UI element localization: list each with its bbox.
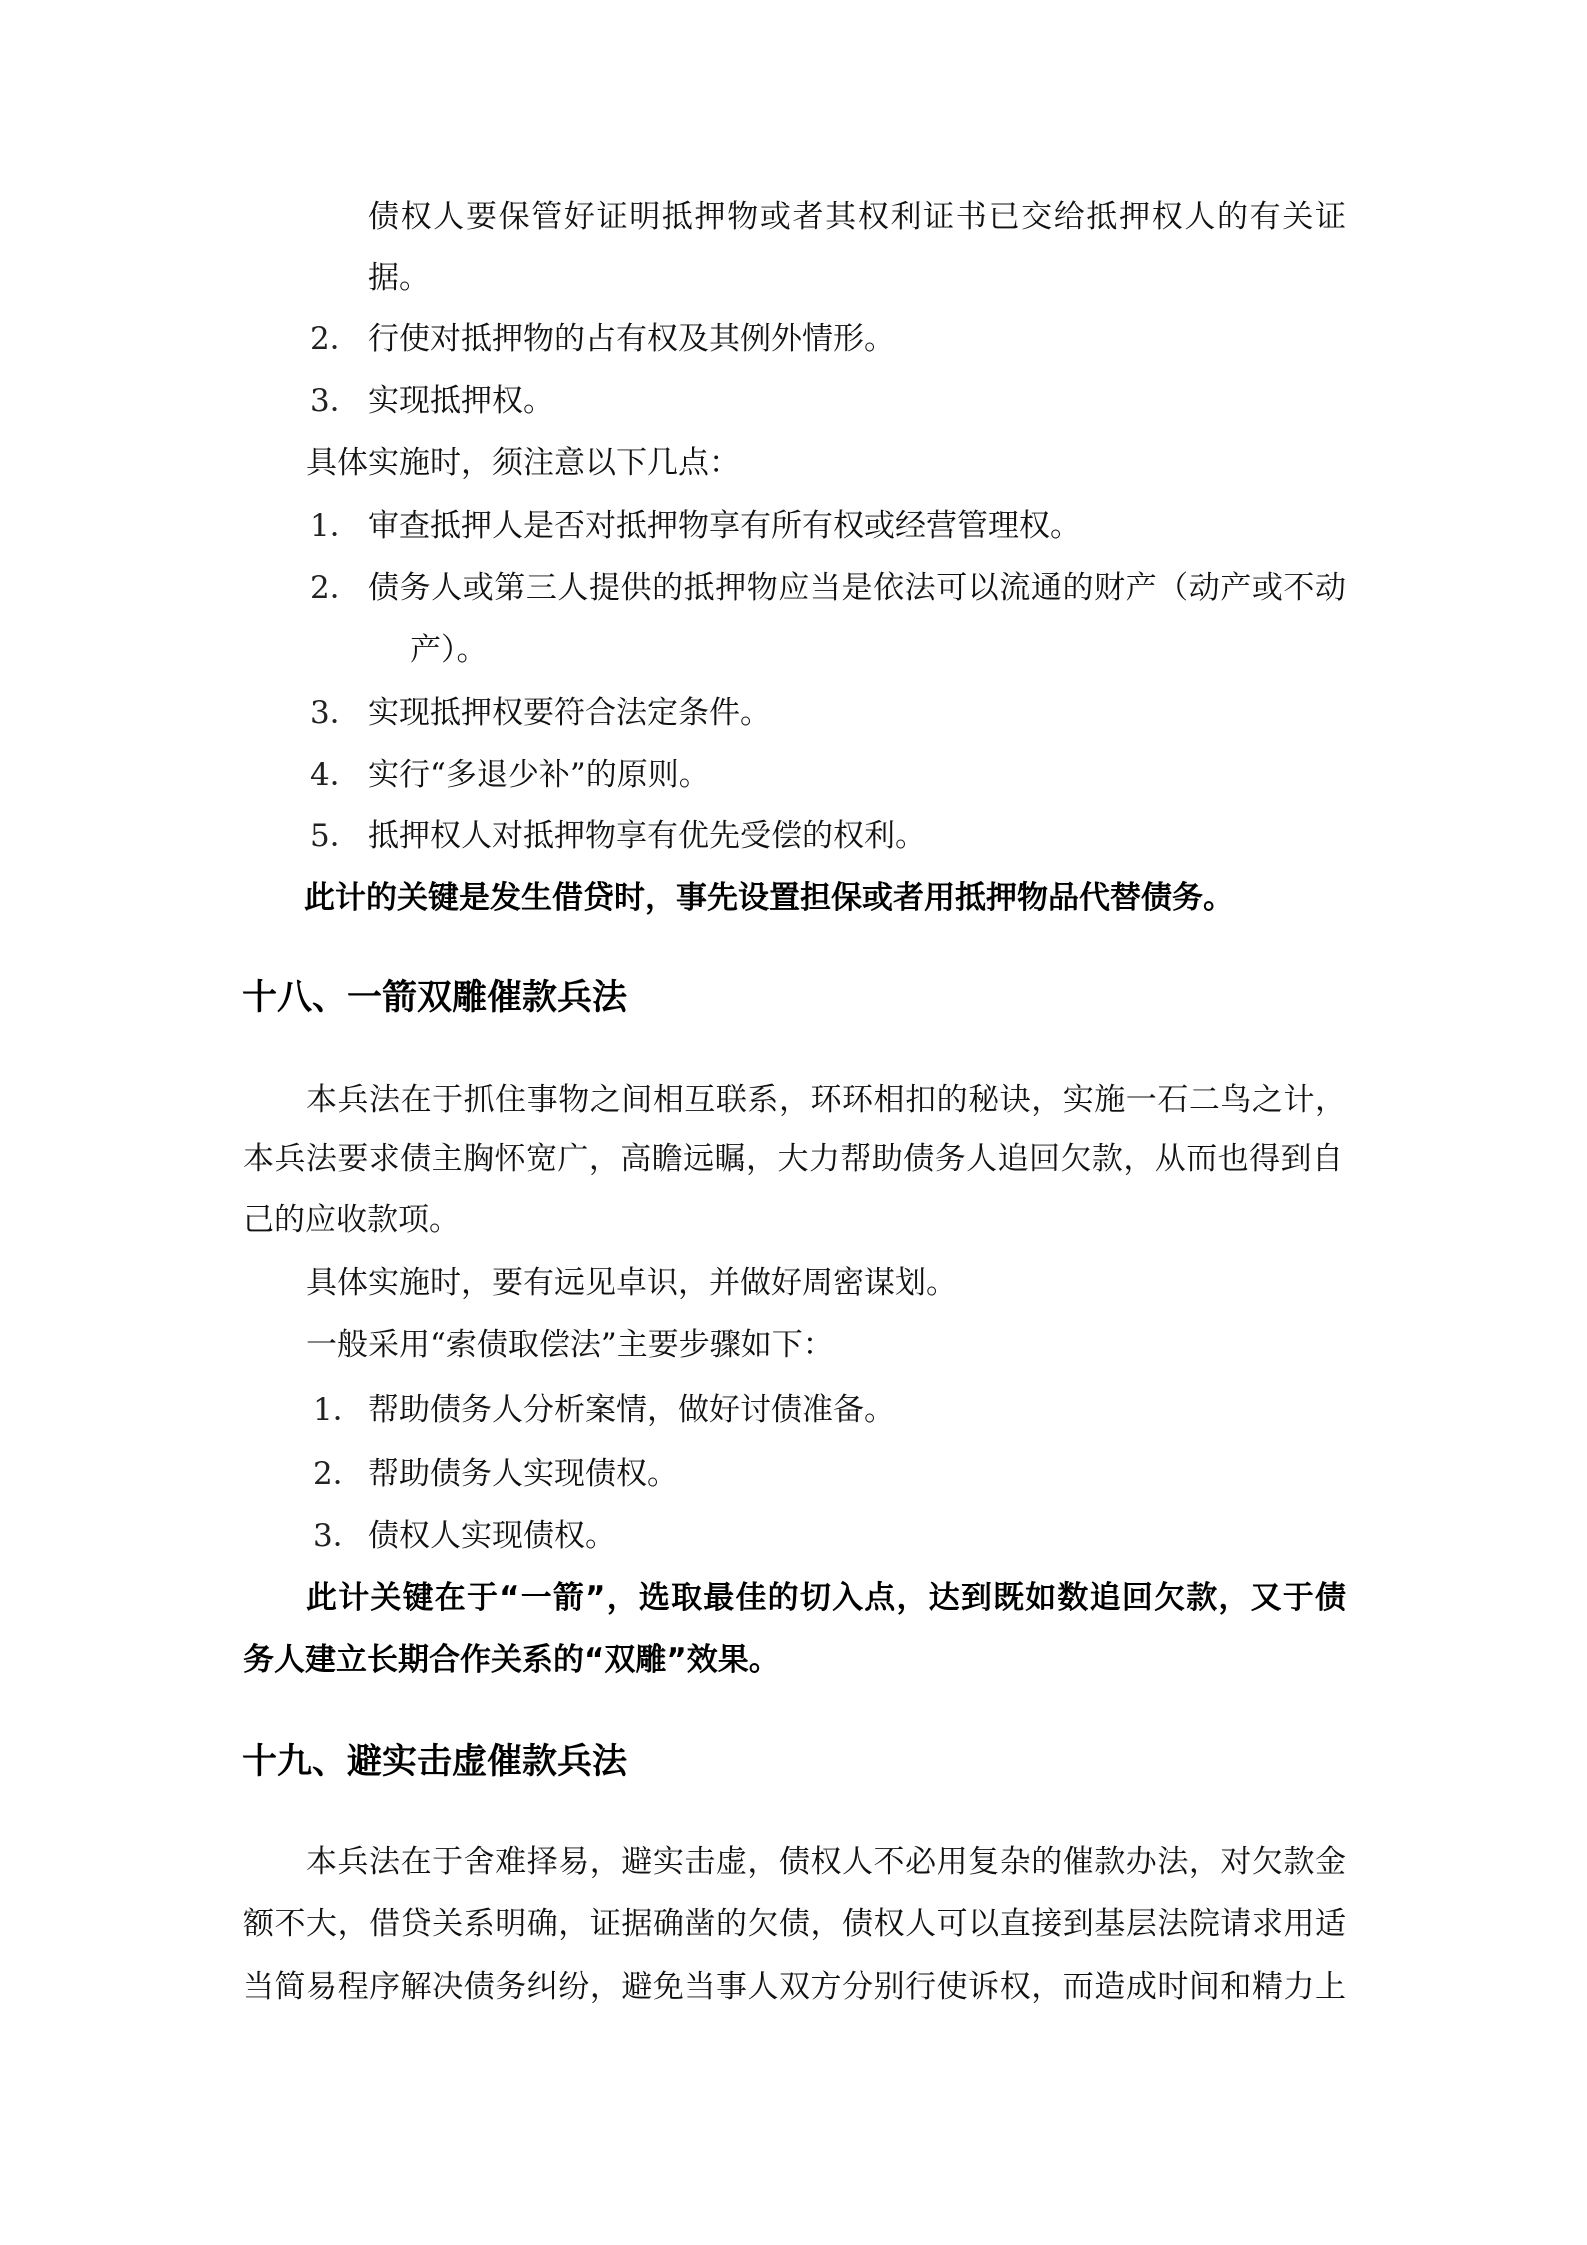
list-marker: 1． [310,506,361,546]
list-item: 实现抵押权。 [368,381,554,421]
paragraph-line: 一般采用“索债取偿法”主要步骤如下： [306,1325,834,1365]
list-item: 债权人实现债权。 [368,1516,616,1556]
list-item-continuation: 产）。 [410,630,488,670]
list-marker: 4． [310,755,361,795]
paragraph-line: 债权人要保管好证明抵押物或者其权利证书已交给抵押权人的有关证 [368,197,1346,237]
key-point: 此计的关键是发生借贷时，事先设置担保或者用抵押物品代替债务。 [304,878,1234,918]
key-point: 此计关键在于“一箭”，选取最佳的切入点，达到既如数追回欠款，又于债 [306,1578,1346,1618]
list-item: 审查抵押人是否对抵押物享有所有权或经营管理权。 [368,506,1081,546]
key-point: 务人建立长期合作关系的“双雕”效果。 [243,1640,780,1680]
paragraph-line: 据。 [368,258,430,298]
paragraph-line: 本兵法在于舍难择易，避实击虚，债权人不必用复杂的催款办法，对欠款金 [306,1842,1346,1882]
notes-intro: 具体实施时，须注意以下几点： [306,443,740,483]
paragraph-line: 当简易程序解决债务纠纷，避免当事人双方分别行使诉权，而造成时间和精力上 [243,1967,1346,2007]
document-page: 债权人要保管好证明抵押物或者其权利证书已交给抵押权人的有关证 据。 2． 行使对… [0,0,1587,2245]
list-marker: 3． [310,693,361,733]
list-marker: 3． [310,381,361,421]
paragraph-line: 具体实施时，要有远见卓识，并做好周密谋划。 [306,1263,957,1303]
list-item: 帮助债务人分析案情，做好讨债准备。 [368,1390,895,1430]
list-item: 抵押权人对抵押物享有优先受偿的权利。 [368,816,926,856]
list-marker: 2． [310,568,361,608]
paragraph-line: 额不大，借贷关系明确，证据确凿的欠债，债权人可以直接到基层法院请求用适 [243,1904,1346,1944]
list-marker: 1． [313,1390,364,1430]
list-item: 实行“多退少补”的原则。 [368,755,710,795]
list-item: 实现抵押权要符合法定条件。 [368,693,771,733]
list-item: 帮助债务人实现债权。 [368,1454,678,1494]
paragraph-line: 本兵法要求债主胸怀宽广，高瞻远瞩，大力帮助债务人追回欠款，从而也得到自 [243,1139,1343,1179]
list-item: 债务人或第三人提供的抵押物应当是依法可以流通的财产（动产或不动 [368,568,1346,608]
section-heading: 十九、避实击虚催款兵法 [242,1740,627,1784]
list-marker: 2． [313,1454,364,1494]
paragraph-line: 本兵法在于抓住事物之间相互联系，环环相扣的秘诀，实施一石二鸟之计， [306,1080,1346,1120]
list-marker: 2． [310,319,361,359]
list-marker: 5． [310,816,361,856]
list-marker: 3． [313,1516,364,1556]
section-heading: 十八、一箭双雕催款兵法 [242,976,627,1020]
list-item: 行使对抵押物的占有权及其例外情形。 [368,319,895,359]
paragraph-line: 己的应收款项。 [243,1200,460,1240]
